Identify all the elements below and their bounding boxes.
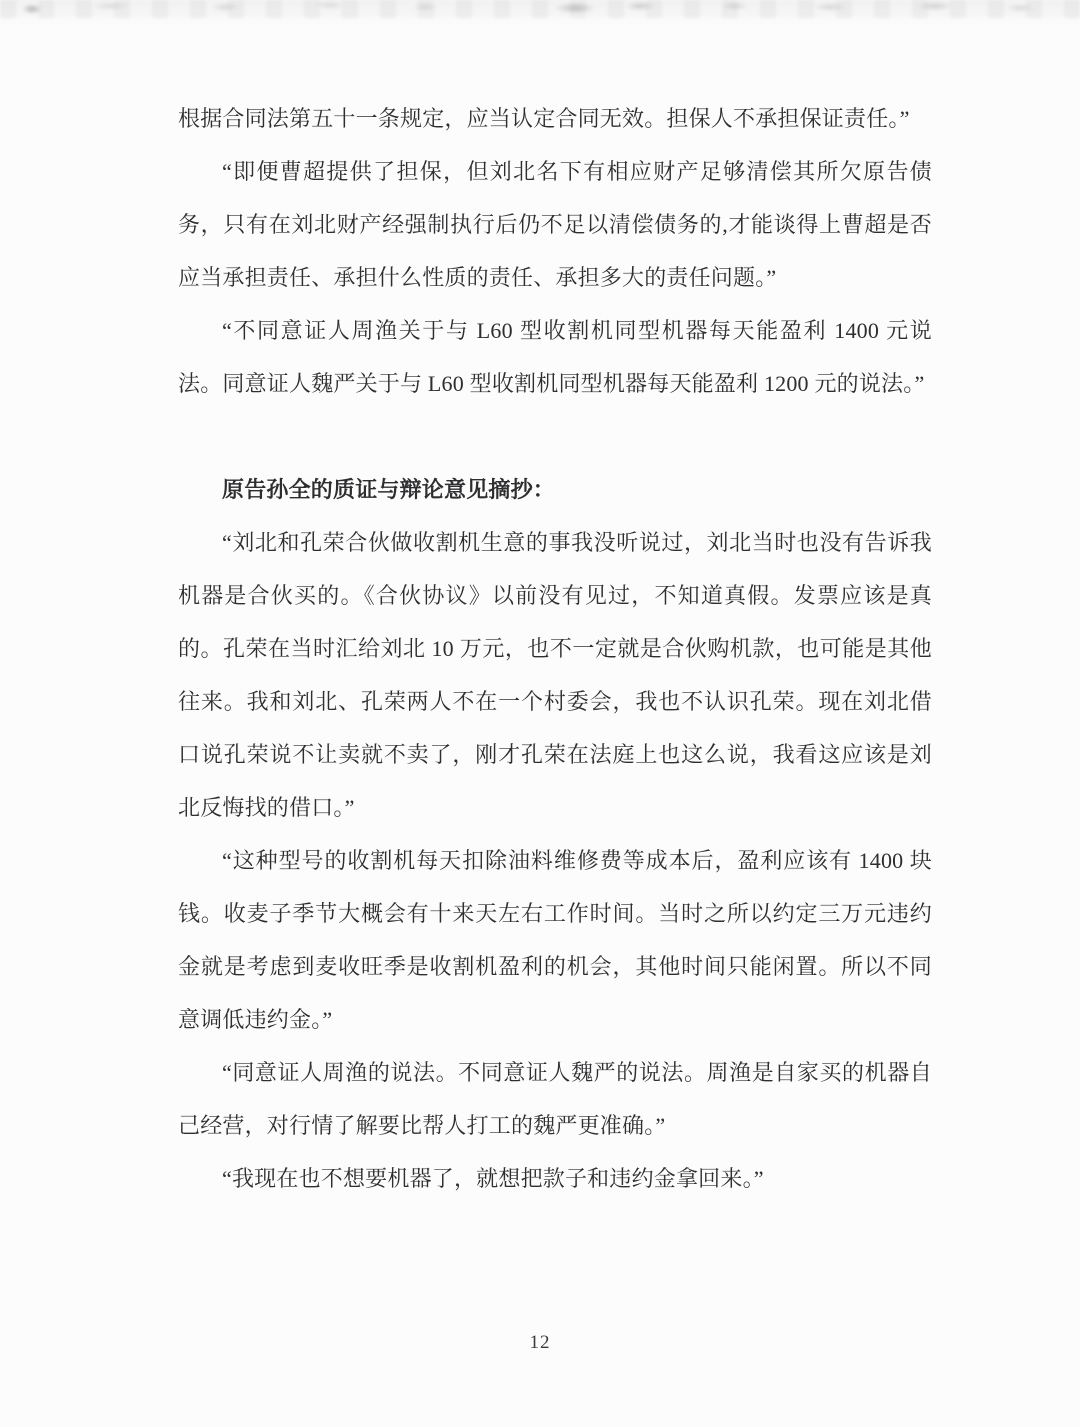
document-page: 根据合同法第五十一条规定，应当认定合同无效。担保人不承担保证责任。” “即便曹超… — [0, 0, 1080, 1427]
body-paragraph: “同意证人周渔的说法。不同意证人魏严的说法。周渔是自家买的机器自己经营，对行情了… — [178, 1046, 932, 1152]
section-heading: 原告孙全的质证与辩论意见摘抄： — [178, 463, 932, 516]
body-paragraph: “即便曹超提供了担保，但刘北名下有相应财产足够清偿其所欠原告债务，只有在刘北财产… — [178, 145, 932, 304]
page-number: 12 — [0, 1332, 1080, 1354]
scan-artifact-band — [0, 0, 1080, 18]
body-paragraph: 根据合同法第五十一条规定，应当认定合同无效。担保人不承担保证责任。” — [178, 92, 932, 145]
body-paragraph: “我现在也不想要机器了，就想把款子和违约金拿回来。” — [178, 1152, 932, 1205]
document-body: 根据合同法第五十一条规定，应当认定合同无效。担保人不承担保证责任。” “即便曹超… — [178, 92, 932, 1205]
body-paragraph: “这种型号的收割机每天扣除油料维修费等成本后，盈利应该有 1400 块钱。收麦子… — [178, 834, 932, 1046]
body-paragraph: “不同意证人周渔关于与 L60 型收割机同型机器每天能盈利 1400 元说法。同… — [178, 304, 932, 410]
body-paragraph: “刘北和孔荣合伙做收割机生意的事我没听说过，刘北当时也没有告诉我机器是合伙买的。… — [178, 516, 932, 834]
